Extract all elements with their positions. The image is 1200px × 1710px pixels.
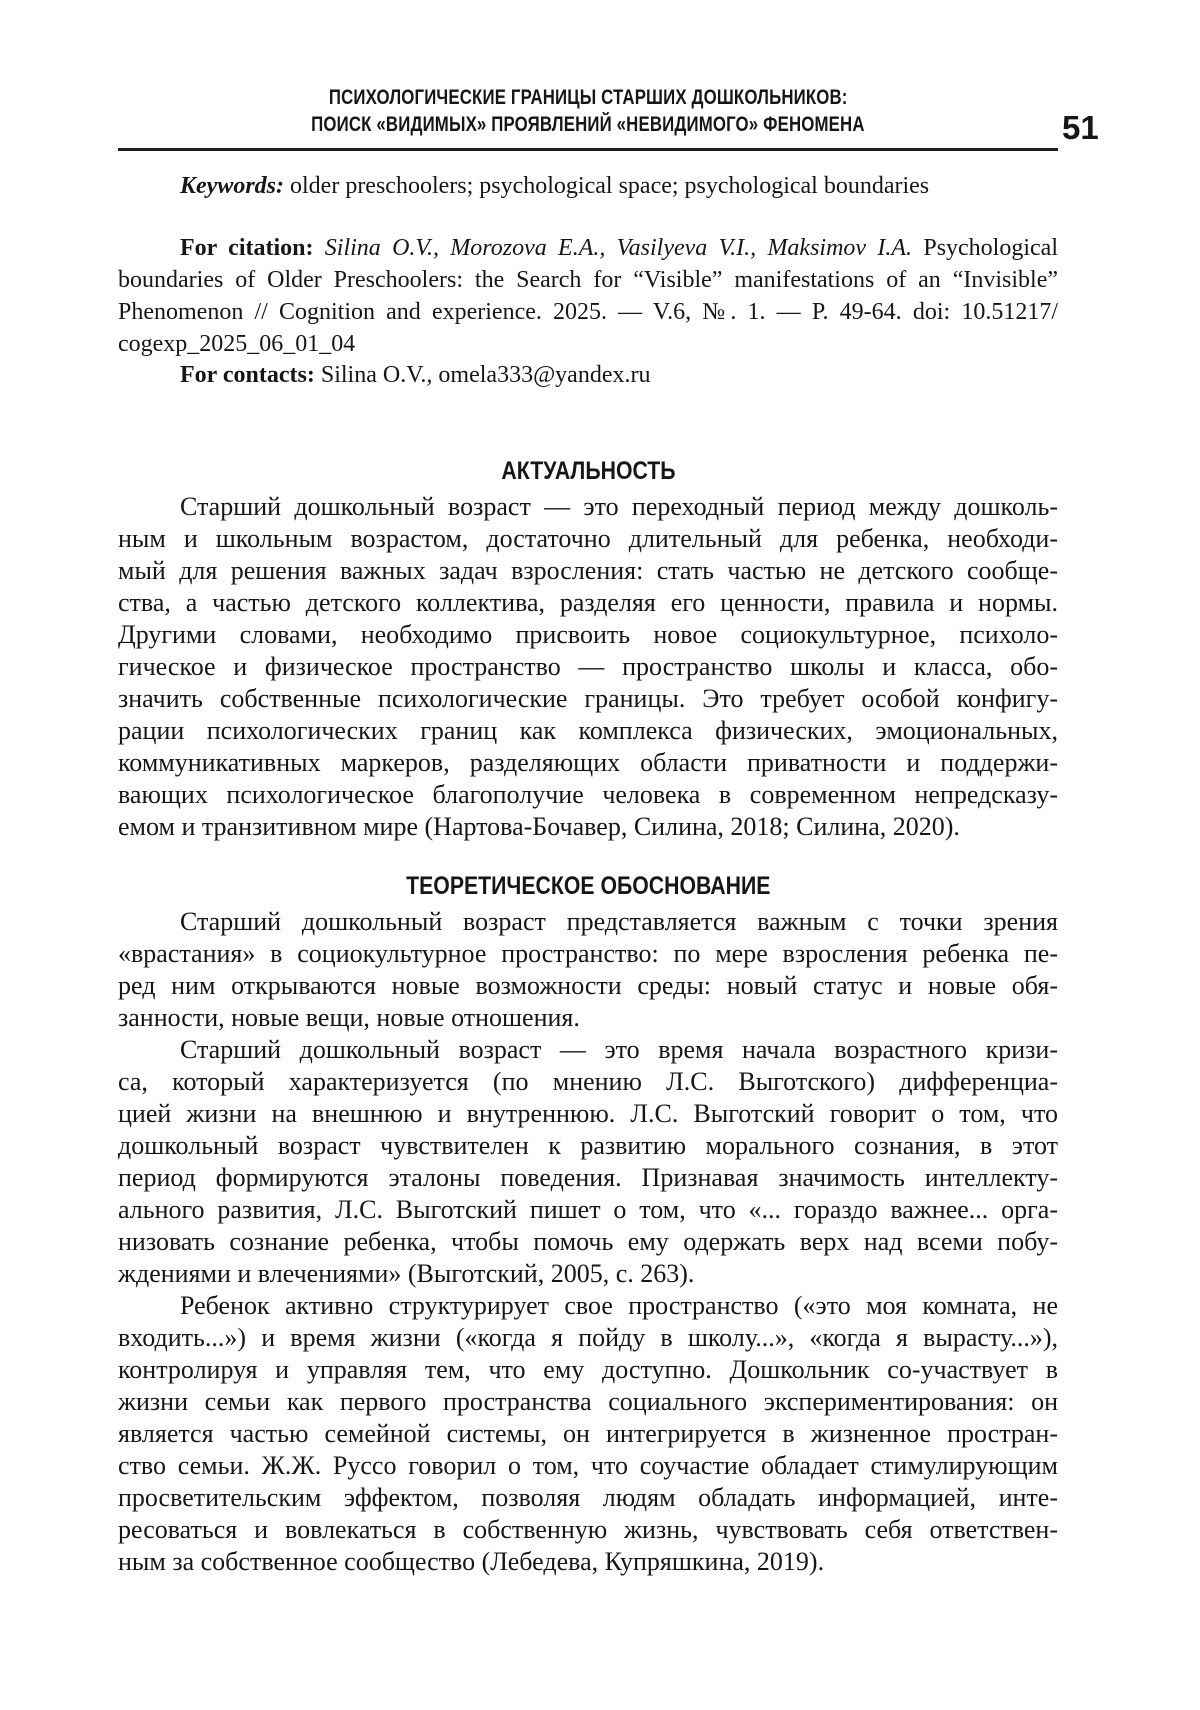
body-text-line: занности, новые вещи, новые отношения. (118, 1002, 1058, 1034)
body-text-line: цией жизни на внешнюю и внутреннюю. Л.С.… (118, 1098, 1058, 1130)
text-segment: значить собственные психологические гран… (118, 684, 1058, 713)
keywords-text-line: Keywords: older preschoolers; psychologi… (118, 170, 1058, 202)
text-segment: ресоваться и вовлекаться в собственную ж… (118, 1515, 1058, 1544)
text-segment: низовать сознание ребенка, чтобы помочь … (118, 1227, 1058, 1256)
body-text-line: мый для решения важных задач взросления:… (118, 555, 1058, 587)
text-segment: дошкольный возраст чувствителен к развит… (118, 1131, 1058, 1160)
text-segment: контролируя и управляя тем, что ему дост… (118, 1355, 1058, 1384)
citation-text-line: boundaries of Older Preschoolers: the Se… (118, 264, 1058, 296)
text-segment: просветительским эффектом, позволяя людя… (118, 1483, 1058, 1512)
text-segment: Phenomenon // Cognition and experience. … (118, 299, 1058, 325)
section-body: Старший дошкольный возраст представляетс… (118, 906, 1058, 1578)
text-segment: Psychological (912, 235, 1058, 261)
text-segment: older preschoolers; psychological space;… (284, 173, 929, 199)
text-segment: цией жизни на внешнюю и внутреннюю. Л.С.… (118, 1099, 1058, 1128)
text-segment: ным и школьным возрастом, достаточно дли… (118, 524, 1058, 553)
text-segment: «врастания» в социокультурное пространст… (118, 939, 1058, 968)
running-header-line1: ПСИХОЛОГИЧЕСКИЕ ГРАНИЦЫ СТАРШИХ ДОШКОЛЬН… (118, 84, 1058, 111)
text-segment: занности, новые вещи, новые отношения. (118, 1003, 580, 1032)
section-heading-text: ТЕОРЕТИЧЕСКОЕ ОБОСНОВАНИЕ (406, 870, 770, 902)
citation-text-line: For citation: Silina O.V., Morozova E.A.… (118, 232, 1058, 264)
text-segment: ства, а частью детского коллектива, разд… (118, 588, 1058, 617)
body-text-line: са, который характеризуется (по мнению Л… (118, 1066, 1058, 1098)
body-text-line: Другими словами, необходимо присвоить но… (118, 619, 1058, 651)
body-text-line: жизни семьи как первого пространства соц… (118, 1386, 1058, 1418)
section-heading: АКТУАЛЬНОСТЬ (118, 455, 1058, 487)
text-segment: Ребенок активно структурирует свое прост… (180, 1291, 1058, 1320)
body-text-line: Старший дошкольный возраст — это время н… (118, 1034, 1058, 1066)
text-segment: коммуникативных маркеров, разделяющих об… (118, 748, 1058, 777)
text-segment: ным за собственное сообщество (Лебедева,… (118, 1547, 824, 1576)
keywords-line: Keywords: older preschoolers; psychologi… (118, 170, 1058, 202)
running-header: ПСИХОЛОГИЧЕСКИЕ ГРАНИЦЫ СТАРШИХ ДОШКОЛЬН… (118, 84, 1058, 138)
text-segment: ждениями и влечениями» (Выготский, 2005,… (118, 1259, 694, 1288)
body-text-line: ред ним открываются новые возможности ср… (118, 970, 1058, 1002)
text-segment: вающих психологическое благополучие чело… (118, 780, 1058, 809)
body-text-line: значить собственные психологические гран… (118, 683, 1058, 715)
running-header-line2-text: ПОИСК «ВИДИМЫХ» ПРОЯВЛЕНИЙ «НЕВИДИМОГО» … (311, 111, 864, 138)
body-text-line: ресоваться и вовлекаться в собственную ж… (118, 1514, 1058, 1546)
text-segment: ред ним открываются новые возможности ср… (118, 971, 1058, 1000)
body-text-line: Старший дошкольный возраст — это переход… (118, 491, 1058, 523)
text-segment: ство семьи. Ж.Ж. Руссо говорил о том, чт… (118, 1451, 1058, 1480)
body-text-line: емом и транзитивном мире (Нартова-Бочаве… (118, 811, 1058, 843)
text-segment: является частью семейной системы, он инт… (118, 1419, 1058, 1448)
text-segment: For contacts: (180, 362, 321, 388)
body-text-line: Старший дошкольный возраст представляетс… (118, 906, 1058, 938)
body-text-line: рации психологических границ как комплек… (118, 715, 1058, 747)
text-segment: мый для решения важных задач взросления:… (118, 556, 1058, 585)
text-segment: гическое и физическое пространство — про… (118, 652, 1058, 681)
body-text-line: входить...») и время жизни («когда я пой… (118, 1322, 1058, 1354)
text-segment: Silina O.V., omela333@yandex.ru (321, 362, 651, 388)
running-header-line1-text: ПСИХОЛОГИЧЕСКИЕ ГРАНИЦЫ СТАРШИХ ДОШКОЛЬН… (329, 84, 848, 111)
text-segment: емом и транзитивном мире (Нартова-Бочаве… (118, 812, 960, 841)
citation-text-line: cogexp_2025_06_01_04 (118, 328, 1058, 360)
text-segment: Старший дошкольный возраст представляетс… (180, 907, 1058, 936)
body-text-line: коммуникативных маркеров, разделяющих об… (118, 747, 1058, 779)
body-text-line: гическое и физическое пространство — про… (118, 651, 1058, 683)
page-number: 51 (1062, 110, 1099, 146)
citation-block: For citation: Silina O.V., Morozova E.A.… (118, 232, 1058, 360)
body-text-line: просветительским эффектом, позволяя людя… (118, 1482, 1058, 1514)
body-text-line: Ребенок активно структурирует свое прост… (118, 1290, 1058, 1322)
text-segment: ального развития, Л.С. Выготский пишет о… (118, 1195, 1058, 1224)
body-text-line: ным за собственное сообщество (Лебедева,… (118, 1546, 1058, 1578)
body-text-line: ным и школьным возрастом, достаточно дли… (118, 523, 1058, 555)
section-body: Старший дошкольный возраст — это переход… (118, 491, 1058, 843)
running-header-line2: ПОИСК «ВИДИМЫХ» ПРОЯВЛЕНИЙ «НЕВИДИМОГО» … (118, 111, 1058, 138)
text-segment: са, который характеризуется (по мнению Л… (118, 1067, 1058, 1096)
text-segment: рации психологических границ как комплек… (118, 716, 1058, 745)
body-text-line: низовать сознание ребенка, чтобы помочь … (118, 1226, 1058, 1258)
text-segment: boundaries of Older Preschoolers: the Se… (118, 267, 1058, 293)
body-text-line: дошкольный возраст чувствителен к развит… (118, 1130, 1058, 1162)
article-body: АКТУАЛЬНОСТЬСтарший дошкольный возраст —… (118, 455, 1058, 1578)
header-rule (118, 148, 1058, 151)
body-text-line: «врастания» в социокультурное пространст… (118, 938, 1058, 970)
body-text-line: ждениями и влечениями» (Выготский, 2005,… (118, 1258, 1058, 1290)
text-segment: жизни семьи как первого пространства соц… (118, 1387, 1058, 1416)
body-text-line: вающих психологическое благополучие чело… (118, 779, 1058, 811)
body-text-line: контролируя и управляя тем, что ему дост… (118, 1354, 1058, 1386)
text-segment: Старший дошкольный возраст — это переход… (180, 492, 1058, 521)
text-segment: входить...») и время жизни («когда я пой… (118, 1323, 1058, 1352)
text-segment: Другими словами, необходимо присвоить но… (118, 620, 1058, 649)
body-text-line: период формируются эталоны поведения. Пр… (118, 1162, 1058, 1194)
body-text-line: ального развития, Л.С. Выготский пишет о… (118, 1194, 1058, 1226)
text-segment: период формируются эталоны поведения. Пр… (118, 1163, 1058, 1192)
body-text-line: ство семьи. Ж.Ж. Руссо говорил о том, чт… (118, 1450, 1058, 1482)
text-segment: cogexp_2025_06_01_04 (118, 331, 355, 357)
body-text-line: является частью семейной системы, он инт… (118, 1418, 1058, 1450)
section-heading-text: АКТУАЛЬНОСТЬ (501, 455, 675, 487)
text-segment: Keywords: (180, 173, 284, 199)
contacts-line: For contacts: Silina O.V., omela333@yand… (118, 359, 1058, 391)
contacts-text-line: For contacts: Silina O.V., omela333@yand… (118, 359, 1058, 391)
text-segment: Старший дошкольный возраст — это время н… (180, 1035, 1058, 1064)
body-text-line: ства, а частью детского коллектива, разд… (118, 587, 1058, 619)
text-segment: For citation: (180, 235, 325, 261)
section-heading: ТЕОРЕТИЧЕСКОЕ ОБОСНОВАНИЕ (118, 870, 1058, 902)
document-page: ПСИХОЛОГИЧЕСКИЕ ГРАНИЦЫ СТАРШИХ ДОШКОЛЬН… (0, 0, 1200, 1710)
text-segment: Silina O.V., Morozova E.A., Vasilyeva V.… (325, 235, 912, 261)
citation-text-line: Phenomenon // Cognition and experience. … (118, 296, 1058, 328)
